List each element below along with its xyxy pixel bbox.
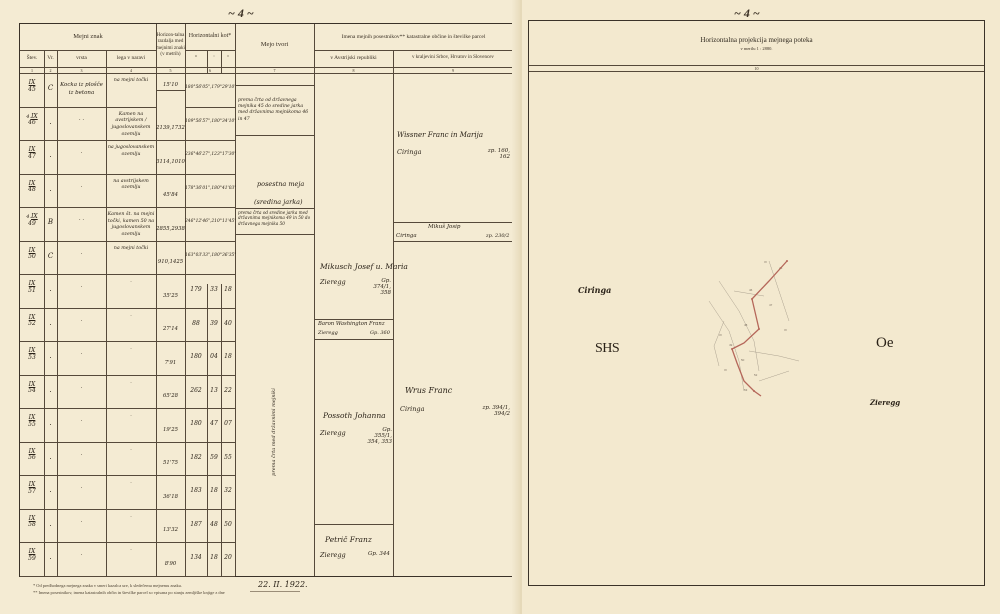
marker-location: na avstrijskem ozemlju [107,179,155,192]
col-number: 3 [57,67,106,73]
marker-type: . [58,416,105,424]
left-page-number: ~ 4 ~ [228,6,254,21]
distance-value: 8'90 [156,561,185,567]
col-number: 7 [235,67,314,73]
owner-austria-place: Zieregg [320,551,346,559]
col-number: 8 [314,67,393,73]
angle-seconds: 20 [221,554,235,561]
col-number: 9 [393,67,513,73]
owner-austria-name: Possoth Johanna [323,411,386,420]
marker-location: . [107,279,155,286]
marker-location: . [107,413,155,420]
owner-austria-name: Petrič Franz [325,535,372,544]
marker-number: IX57 [22,482,42,495]
marker-location: na mejni točki [107,78,155,85]
svg-text:IX: IX [724,368,727,372]
marker-type: . [58,450,105,458]
marker-type: . [58,182,105,190]
marker-location: Kamen na avstrijskem / jugoslovanskem oz… [107,112,155,139]
owner-austria-name: Baron Washington Franz [318,321,385,327]
distance-value: 2855,2938 [156,226,185,232]
angle-minutes: 47 [207,420,221,427]
owner-shs-place: Ciringa [396,233,417,239]
angle-degrees: 180 [185,353,207,360]
marker-number: IX45 [22,80,42,93]
col-number: 5 [156,67,185,73]
header-owners-austria: v Avstrijski republiki [314,50,393,67]
angle-minutes: 04 [207,353,221,360]
marker-class: . [44,453,57,461]
marker-type: . [58,550,105,558]
distance-value: 45'84 [156,192,185,198]
marker-number: IX59 [22,549,42,562]
angle-seconds: 18 [221,286,235,293]
angle-seconds: 40 [221,320,235,327]
marker-class: . [44,386,57,394]
marker-location: . [107,547,155,554]
header-horizontal-angle: Horizontalni kot* [185,24,235,50]
marker-location: . [107,313,155,320]
marker-location: . [107,380,155,387]
marker-class: C [44,84,57,92]
marker-number: IX56 [22,449,42,462]
distance-value: 3114,1010 [156,159,185,165]
marker-type: . [58,349,105,357]
header-lega: lega v naravi [106,50,156,67]
marker-class: B [44,218,57,226]
angle-minutes: 18 [207,554,221,561]
angle-degrees: 262 [185,387,207,394]
marker-number: IX58 [22,516,42,529]
marker-location: . [107,480,155,487]
svg-text:52: 52 [754,373,758,377]
owner-shs-name: Wissner Franc in Marija [397,131,483,139]
header-mejo-tvori: Mejo tvori [235,24,314,67]
marker-number: IX48 [22,181,42,194]
header-stev: Štev. [20,50,44,67]
header-vr: Vr. [44,50,57,67]
svg-text:IX: IX [764,260,767,264]
marker-class: . [44,151,57,159]
right-page-number: ~ 4 ~ [734,6,760,21]
distance-value: 35'25 [156,293,185,299]
angle-value: 178°36'01",180°41'03" [185,186,235,191]
mejo-tvori-entry-1: prema črta od državnega mejnika 45 do sr… [238,98,312,123]
angle-degrees: 180 [185,420,207,427]
distance-value: 7'91 [156,360,185,366]
marker-class: . [44,118,57,126]
marker-class: . [44,520,57,528]
svg-text:46: 46 [749,288,753,292]
marker-type: . [58,249,105,257]
col-number: 4 [106,67,156,73]
projection-frame: Horizontalna projekcija mejnega poteka v… [528,20,985,586]
angle-degrees: 88 [185,320,207,327]
distance-value: 36'18 [156,494,185,500]
col-number: 6 [185,67,235,73]
distance-value: 910,1425 [156,259,185,265]
marker-type: . . [58,215,105,223]
marker-class: . [44,319,57,327]
right-page: ~ 4 ~ Horizontalna projekcija mejnega po… [522,0,1000,614]
angle-seconds: 07 [221,420,235,427]
footnote-2: ** Imena posestnikov, imena katastralnih… [33,590,225,595]
angle-minutes: 59 [207,454,221,461]
angle-value: 109°56'57",180°34'10" [185,119,235,124]
header-mejni-znak: Mejni znak [20,24,156,50]
svg-text:47: 47 [769,303,773,307]
marker-number: IX53 [22,348,42,361]
map-label-zieregg: Zieregg [870,398,900,407]
col-number: 2 [44,67,57,73]
marker-number: IX52 [22,315,42,328]
owner-austria-place: Zieregg [320,429,346,437]
mejo-tvori-entry-3: (sredina jarka) [254,198,303,206]
marker-number: 4.IX49 [22,214,42,227]
owner-shs-parcel: zp. 160, 162 [480,148,510,160]
svg-text:50: 50 [741,358,745,362]
footnote-1: * Od predhodnega mejnega znaka v smeri k… [33,583,182,588]
distance-value: 65'28 [156,393,185,399]
owner-austria-place: Zieregg [320,278,346,286]
owner-shs-parcel: zp. 394/1, 394/2 [482,405,510,417]
owner-austria-parcel: Gp. 344 [368,551,390,557]
marker-number: IX50 [22,248,42,261]
marker-class: . [44,419,57,427]
marker-location: na mejni točki [107,246,155,253]
header-owners: Imena mejnih posestnikov** katastralne o… [314,24,513,50]
angle-seconds: 18 [221,353,235,360]
marker-location: . [107,346,155,353]
angle-degrees: 134 [185,554,207,561]
owner-austria-parcel: Gp. 355/1, 354, 353 [366,427,392,445]
angle-minutes: 33 [207,286,221,293]
angle-minutes: 48 [207,521,221,528]
map-label-ciringa: Ciringa [578,285,611,295]
svg-text:49: 49 [729,343,733,347]
marker-type: Kocka iz plošče iz betona [58,81,105,98]
owner-shs-name: Mikuš Josip [428,224,460,230]
date: 22. II. 1922. [258,580,308,589]
header-angle-sec: " [221,50,235,67]
header-vrsta: vrsta [57,50,106,67]
angle-seconds: 50 [221,521,235,528]
angle-minutes: 18 [207,487,221,494]
distance-value: 51'75 [156,460,185,466]
header-angle-deg: ° [185,50,207,67]
angle-minutes: 39 [207,320,221,327]
marker-class: . [44,285,57,293]
boundary-map: IX4546 474849 50IX52 53IXIX [699,251,819,401]
mejo-tvori-entry-2: posestna meja [257,180,304,188]
map-label-shs: SHS [595,341,619,357]
boundary-marker-table: Mejni znak Štev. Vr. vrsta lega v naravi… [19,23,514,577]
col-number: 1 [20,67,44,73]
header-owners-shs: v kraljevini Srbov, Hrvatov in Slovencev [393,50,513,67]
owner-austria-parcel: Gp. 374/1, 358 [365,278,391,296]
angle-minutes: 13 [207,387,221,394]
marker-number: IX55 [22,415,42,428]
marker-location: . [107,447,155,454]
marker-class: . [44,486,57,494]
marker-class: . [44,352,57,360]
distance-value: 2139,1732 [156,125,185,131]
header-angle-min: ' [207,50,221,67]
left-page: ~ 4 ~ Mejni znak Štev. Vr. vrsta lega v … [0,0,522,614]
owner-shs-place: Ciringa [400,405,424,413]
marker-type: . [58,148,105,156]
mejo-tvori-entry-4: prema črta od sredine jarka med državnim… [238,210,312,226]
marker-type: . [58,517,105,525]
header-horizontal-distance: Horizon-talna razdalja med mejnimi znaki… [156,24,185,67]
distance-value: 15'10 [156,82,185,88]
projection-scale: v merilu 1 : 2880. [529,45,984,52]
marker-type: . [58,316,105,324]
marker-class: . [44,185,57,193]
map-label-oe: Oe [876,335,894,352]
owner-shs-place: Ciringa [397,148,421,156]
marker-number: IX54 [22,382,42,395]
svg-text:53: 53 [744,388,748,392]
angle-seconds: 32 [221,487,235,494]
projection-title: Horizontalna projekcija mejnega poteka [529,35,984,45]
svg-text:IX: IX [784,328,787,332]
marker-number: IX51 [22,281,42,294]
angle-value: 246°12'46",210°11'45" [185,219,235,224]
svg-text:IX: IX [719,333,722,337]
angle-value: 180°56'05",179°29'10" [185,85,235,90]
angle-degrees: 183 [185,487,207,494]
distance-value: 13'32 [156,527,185,533]
owner-shs-parcel: zp. 230/2 [486,233,509,239]
angle-degrees: 187 [185,521,207,528]
marker-location: na jugoslovanskem ozemlju [107,145,155,158]
owner-austria-parcel: Gp. 360 [370,330,390,336]
marker-location: Kamen št. na mejni točki, kamen 50 na ju… [107,212,155,239]
marker-type: . . [58,115,105,123]
marker-type: . [58,483,105,491]
distance-value: 27'14 [156,326,185,332]
marker-number: 4.IX46 [22,114,42,127]
marker-class: C [44,252,57,260]
distance-value: 19'25 [156,427,185,433]
marker-type: . [58,282,105,290]
svg-text:48: 48 [744,323,748,327]
owner-shs-name: Wrus Franc [405,386,452,395]
marker-class: . [44,553,57,561]
marker-number: IX47 [22,147,42,160]
angle-seconds: 22 [221,387,235,394]
angle-degrees: 179 [185,286,207,293]
mejo-tvori-entry-5: prema črta med državnimi mejniki [271,382,277,482]
angle-value: 236°46'27",123°17'30" [185,152,235,157]
angle-seconds: 55 [221,454,235,461]
angle-value: 163°03'33",180°36'35" [185,253,235,258]
marker-type: . [58,383,105,391]
owner-austria-name: Mikusch Josef u. Maria [320,262,408,271]
marker-location: . [107,514,155,521]
owner-austria-place: Zieregg [318,330,338,336]
angle-degrees: 182 [185,454,207,461]
